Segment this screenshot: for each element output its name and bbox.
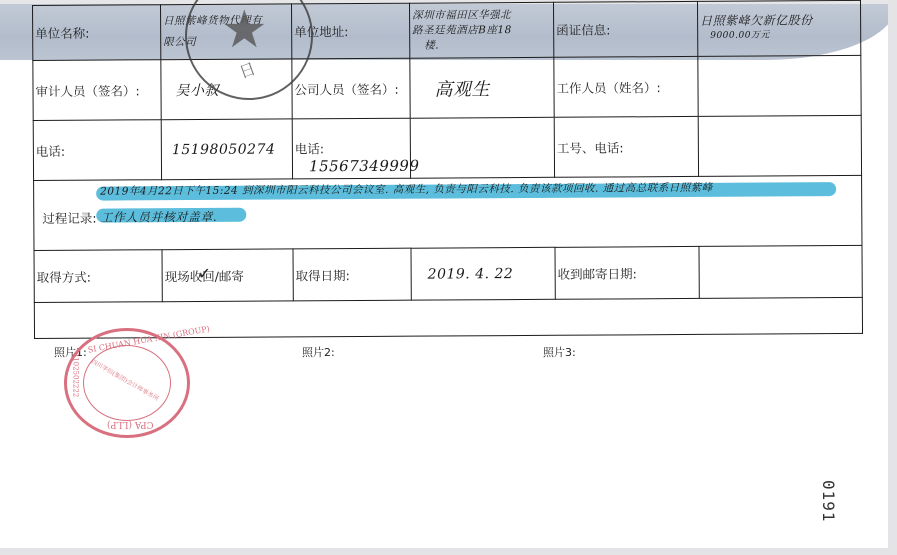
auditor-label-cell: 审计人员（签名）:	[33, 60, 161, 121]
auditor-phone-label: 电话:	[36, 143, 65, 158]
company-staff-label-cell: 公司人员（签名）:	[292, 58, 410, 119]
photo3-label: 照片3:	[543, 344, 576, 360]
unit-name-value-line2: 限公司	[163, 34, 289, 50]
unit-name-label-cell: 单位名称:	[33, 5, 161, 61]
worker-label: 工作人员（姓名）:	[556, 80, 660, 96]
mail-date-value-cell	[699, 245, 862, 298]
cpa-seal-center-text: 四川华信(集团)会计师事务所	[90, 356, 161, 402]
cpa-seal-inner-ring	[83, 345, 171, 421]
unit-address-value-line2: 路圣廷苑酒店B座18	[412, 22, 551, 38]
unit-address-value-line1: 深圳市福田区华强北	[412, 7, 551, 23]
company-phone-label: 电话:	[295, 139, 408, 158]
mail-date-label: 收到邮寄日期:	[558, 266, 637, 281]
row-unit-info: 单位名称: 日照紫峰货物代理有 限公司 单位地址: 深圳市福田区华强北 路圣廷苑…	[33, 0, 861, 60]
method-label-cell: 取得方式:	[34, 250, 162, 303]
phone-label-cell: 电话:	[33, 120, 161, 181]
worker-label-cell: 工作人员（姓名）:	[554, 56, 698, 117]
process-record-line2: 工作人员并核对盖章.	[100, 208, 217, 226]
date-value: 2019. 4. 22	[414, 266, 514, 283]
phone-value-cell: 15198050274	[161, 119, 292, 180]
row-signatures: 审计人员（签名）: 吴小叙 公司人员（签名）: 高观生 工作人员（姓名）:	[33, 55, 861, 120]
unit-name-value-cell: 日照紫峰货物代理有 限公司	[161, 4, 292, 60]
company-phone-cell: 电话: 15567349999	[292, 118, 410, 179]
worker-id-phone-value-cell	[698, 115, 861, 176]
confirmation-info-label-cell: 函证信息:	[553, 1, 697, 57]
auditor-signature-cell: 吴小叙	[161, 59, 292, 120]
method-value-cell: 现场收回/邮寄 ✓	[162, 249, 293, 302]
date-value-cell: 2019. 4. 22	[411, 247, 555, 300]
method-label: 取得方式:	[37, 269, 91, 284]
auditor-label: 审计人员（签名）:	[35, 83, 139, 99]
checkmark-icon: ✓	[198, 264, 212, 283]
page-number: 0191	[819, 480, 838, 523]
confirmation-info-value-line2: 9000.00万元	[700, 28, 858, 44]
worker-id-phone-label-cell: 工号、电话:	[554, 116, 698, 177]
process-record-cell: 过程记录: 2019年4月22日下午15:24 到深圳市阳云科技公司会议室. 高…	[34, 175, 862, 250]
worker-value-cell	[698, 55, 861, 116]
photo1-label: 照片1:	[54, 344, 87, 360]
row-process-record: 过程记录: 2019年4月22日下午15:24 到深圳市阳云科技公司会议室. 高…	[34, 175, 862, 250]
cpa-seal-bottom-text: CPA (LLP)	[107, 419, 154, 429]
row-blank	[34, 297, 862, 338]
company-staff-label: 公司人员（签名）:	[294, 81, 398, 97]
photo2-label: 照片2:	[302, 344, 335, 360]
unit-name-label: 单位名称:	[35, 26, 89, 41]
confirmation-info-value-cell: 日照紫峰欠新亿股份 9000.00万元	[697, 0, 860, 56]
date-label-cell: 取得日期:	[293, 248, 411, 301]
unit-address-label-cell: 单位地址:	[291, 3, 409, 59]
unit-address-value-cell: 深圳市福田区华强北 路圣廷苑酒店B座18 楼.	[409, 2, 553, 58]
blank-cell	[34, 297, 862, 338]
mail-date-label-cell: 收到邮寄日期:	[555, 246, 699, 299]
confirmation-info-value-line1: 日照紫峰欠新亿股份	[700, 13, 858, 29]
company-phone-extra-cell	[410, 117, 554, 178]
confirmation-process-form: 单位名称: 日照紫峰货物代理有 限公司 单位地址: 深圳市福田区华强北 路圣廷苑…	[32, 0, 863, 339]
company-staff-signature-cell: 高观生	[410, 57, 554, 118]
row-obtain-info: 取得方式: 现场收回/邮寄 ✓ 取得日期: 2019. 4. 22 收到邮寄日期…	[34, 245, 862, 302]
company-staff-signature: 高观生	[412, 79, 490, 100]
unit-address-value-line3: 楼.	[412, 37, 551, 53]
company-phone-value: 15567349999	[295, 157, 408, 176]
unit-address-label: 单位地址:	[294, 24, 348, 39]
auditor-signature: 吴小叙	[163, 82, 219, 98]
worker-id-phone-label: 工号、电话:	[557, 140, 624, 155]
row-phones: 电话: 15198050274 电话: 15567349999 工号、电话:	[33, 115, 861, 180]
auditor-phone-value: 15198050274	[164, 141, 276, 158]
scanned-page: 单位名称: 日照紫峰货物代理有 限公司 单位地址: 深圳市福田区华强北 路圣廷苑…	[0, 0, 888, 548]
unit-name-value-line1: 日照紫峰货物代理有	[163, 13, 289, 29]
confirmation-info-label: 函证信息:	[556, 22, 610, 37]
process-record-label: 过程记录:	[42, 209, 96, 227]
date-label: 取得日期:	[296, 268, 350, 283]
